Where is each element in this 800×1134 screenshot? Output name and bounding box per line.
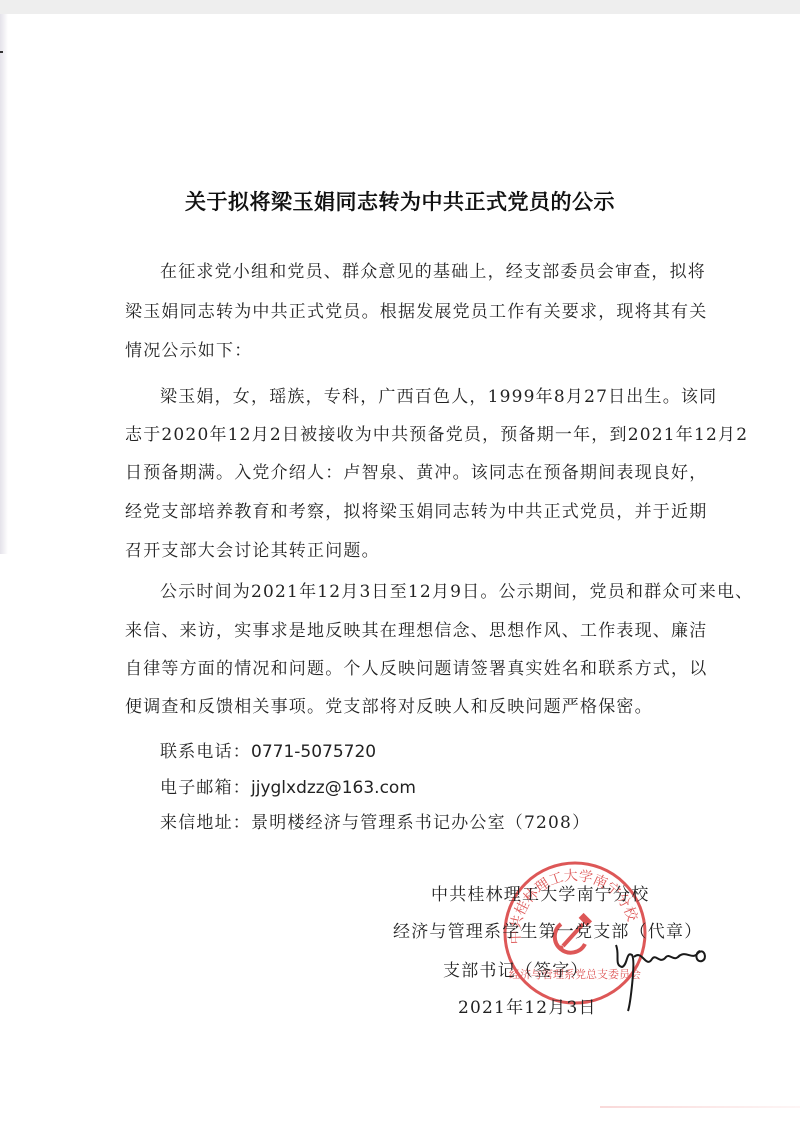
document-date: 2021年12月3日 (458, 993, 597, 1018)
phone-value: 0771-5075720 (251, 742, 376, 762)
paragraph-2-line-5: 召开支部大会讨论其转正问题。 (125, 536, 380, 561)
paragraph-2-line-1: 梁玉娟，女，瑶族，专科，广西百色人，1999年8月27日出生。该同 (160, 382, 717, 407)
scan-left-edge-shadow (0, 14, 8, 554)
paragraph-3-line-3: 自律等方面的情况和问题。个人反映问题请签署真实姓名和联系方式，以 (125, 654, 707, 679)
scan-mark (0, 51, 3, 53)
email-label: 电子邮箱： (160, 778, 251, 798)
paragraph-3-line-2: 来信、来访，实事求是地反映其在理想信念、思想作风、工作表现、廉洁 (125, 616, 707, 641)
address-label: 来信地址： (160, 813, 251, 833)
paragraph-3-line-1: 公示时间为2021年12月3日至12月9日。公示期间，党员和群众可来电、 (160, 577, 753, 602)
contact-address: 来信地址：景明楼经济与管理系书记办公室（7208） (160, 808, 590, 833)
signature-org-line-1: 中共桂林理工大学南宁分校 (431, 880, 649, 905)
contact-phone: 联系电话：0771-5075720 (160, 737, 376, 762)
address-value: 景明楼经济与管理系书记办公室（7208） (251, 813, 590, 833)
scan-bottom-tint (600, 1106, 800, 1108)
paragraph-2-line-3: 日预备期满。入党介绍人：卢智泉、黄冲。该同志在预备期间表现良好， (125, 458, 707, 483)
paragraph-2-line-2: 志于2020年12月2日被接收为中共预备党员，预备期一年，到2021年12月2 (125, 420, 748, 445)
phone-label: 联系电话： (160, 742, 251, 762)
paragraph-1-line-2: 梁玉娟同志转为中共正式党员。根据发展党员工作有关要求，现将其有关 (125, 297, 707, 322)
document-title: 关于拟将梁玉娟同志转为中共正式党员的公示 (0, 186, 800, 216)
secretary-signature-label: 支部书记（签字） (443, 956, 589, 981)
handwritten-signature-icon (608, 935, 718, 1015)
email-value[interactable]: jjyglxdzz@163.com (251, 778, 416, 798)
paragraph-1-line-1: 在征求党小组和党员、群众意见的基础上，经支部委员会审查，拟将 (160, 257, 706, 282)
paragraph-3-line-4: 便调查和反馈相关事项。党支部将对反映人和反映问题严格保密。 (125, 692, 653, 717)
paragraph-1-line-3: 情况公示如下： (125, 336, 252, 361)
scan-top-band (0, 0, 800, 14)
paragraph-2-line-4: 经党支部培养教育和考察，拟将梁玉娟同志转为中共正式党员，并于近期 (125, 497, 707, 522)
contact-email: 电子邮箱：jjyglxdzz@163.com (160, 773, 416, 798)
signature-org-line-2: 经济与管理系学生第一党支部（代章） (393, 917, 702, 942)
